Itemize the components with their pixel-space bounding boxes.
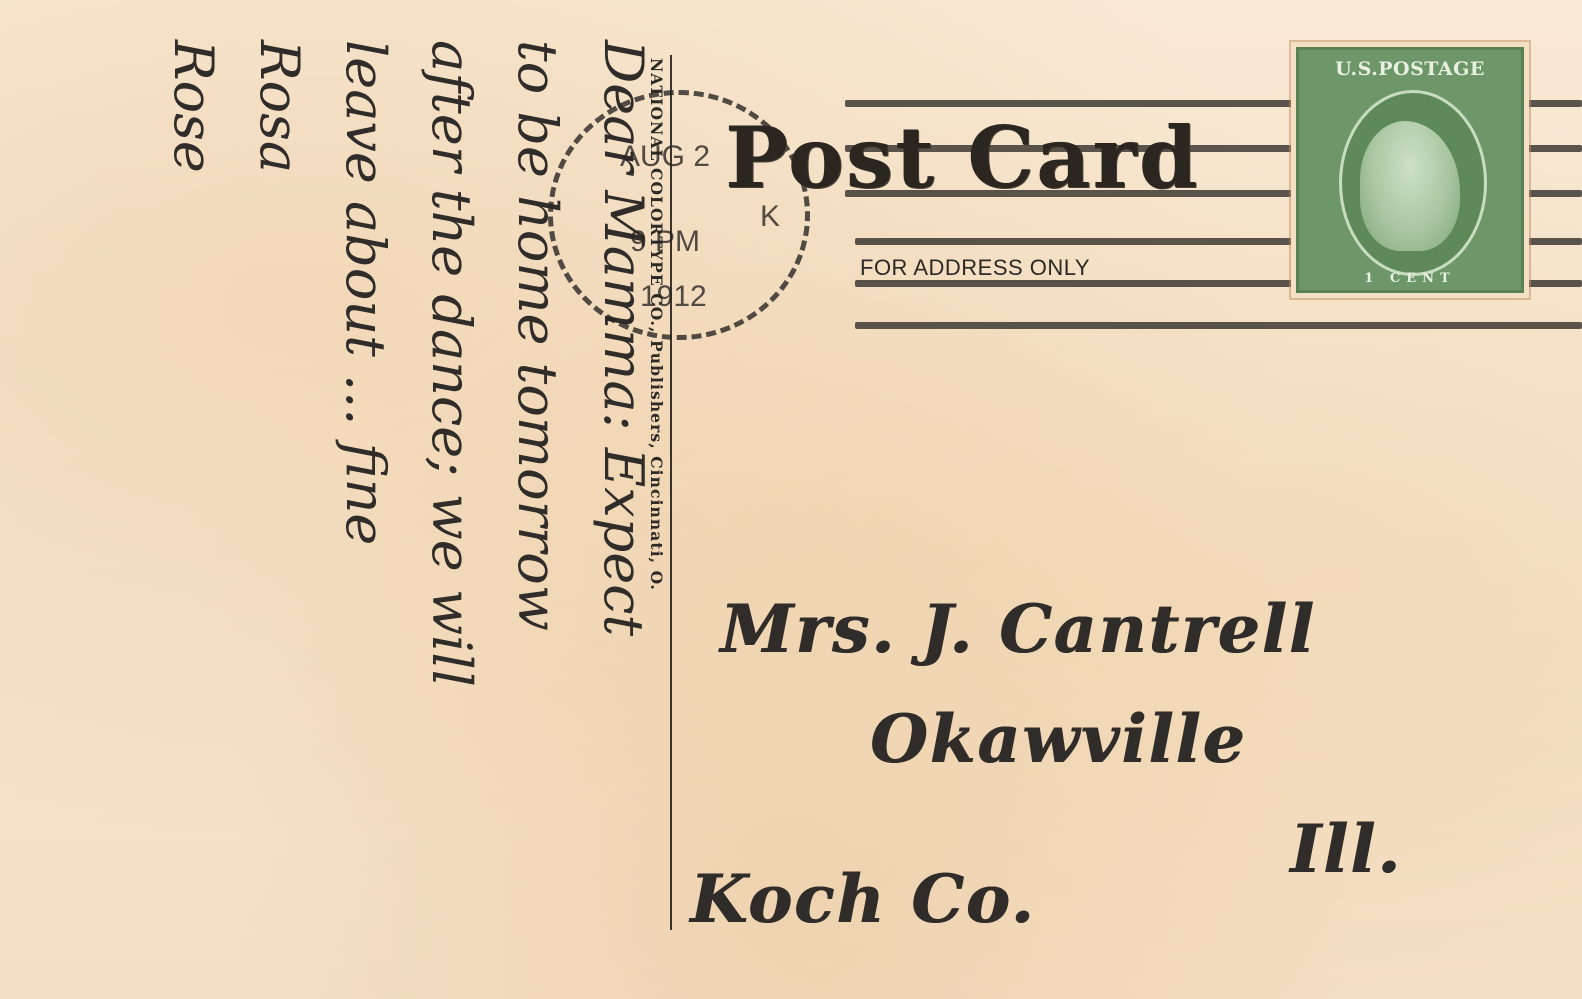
postmark-year: 1912: [640, 280, 707, 314]
address-county: Koch Co.: [690, 860, 1035, 938]
postage-stamp: U.S.POSTAGE 1 CENT: [1296, 47, 1524, 293]
postmark-time: 9 PM: [630, 225, 700, 259]
stamp-denomination: 1 CENT: [1299, 271, 1521, 286]
postcard-back: Dear Mamma: Expect to be home tomorrow a…: [0, 0, 1582, 999]
address-name: Mrs. J. Cantrell: [720, 590, 1316, 668]
post-card-title: Post Card: [725, 108, 1200, 207]
washington-portrait-icon: [1339, 90, 1487, 276]
address-city: Okawville: [870, 700, 1246, 778]
stamp-header: U.S.POSTAGE: [1299, 58, 1521, 80]
cancel-line: [855, 322, 1582, 329]
postmark-date: AUG 2: [620, 140, 710, 174]
for-address-only-label: FOR ADDRESS ONLY: [860, 255, 1090, 281]
address-state: Ill.: [1290, 810, 1402, 888]
